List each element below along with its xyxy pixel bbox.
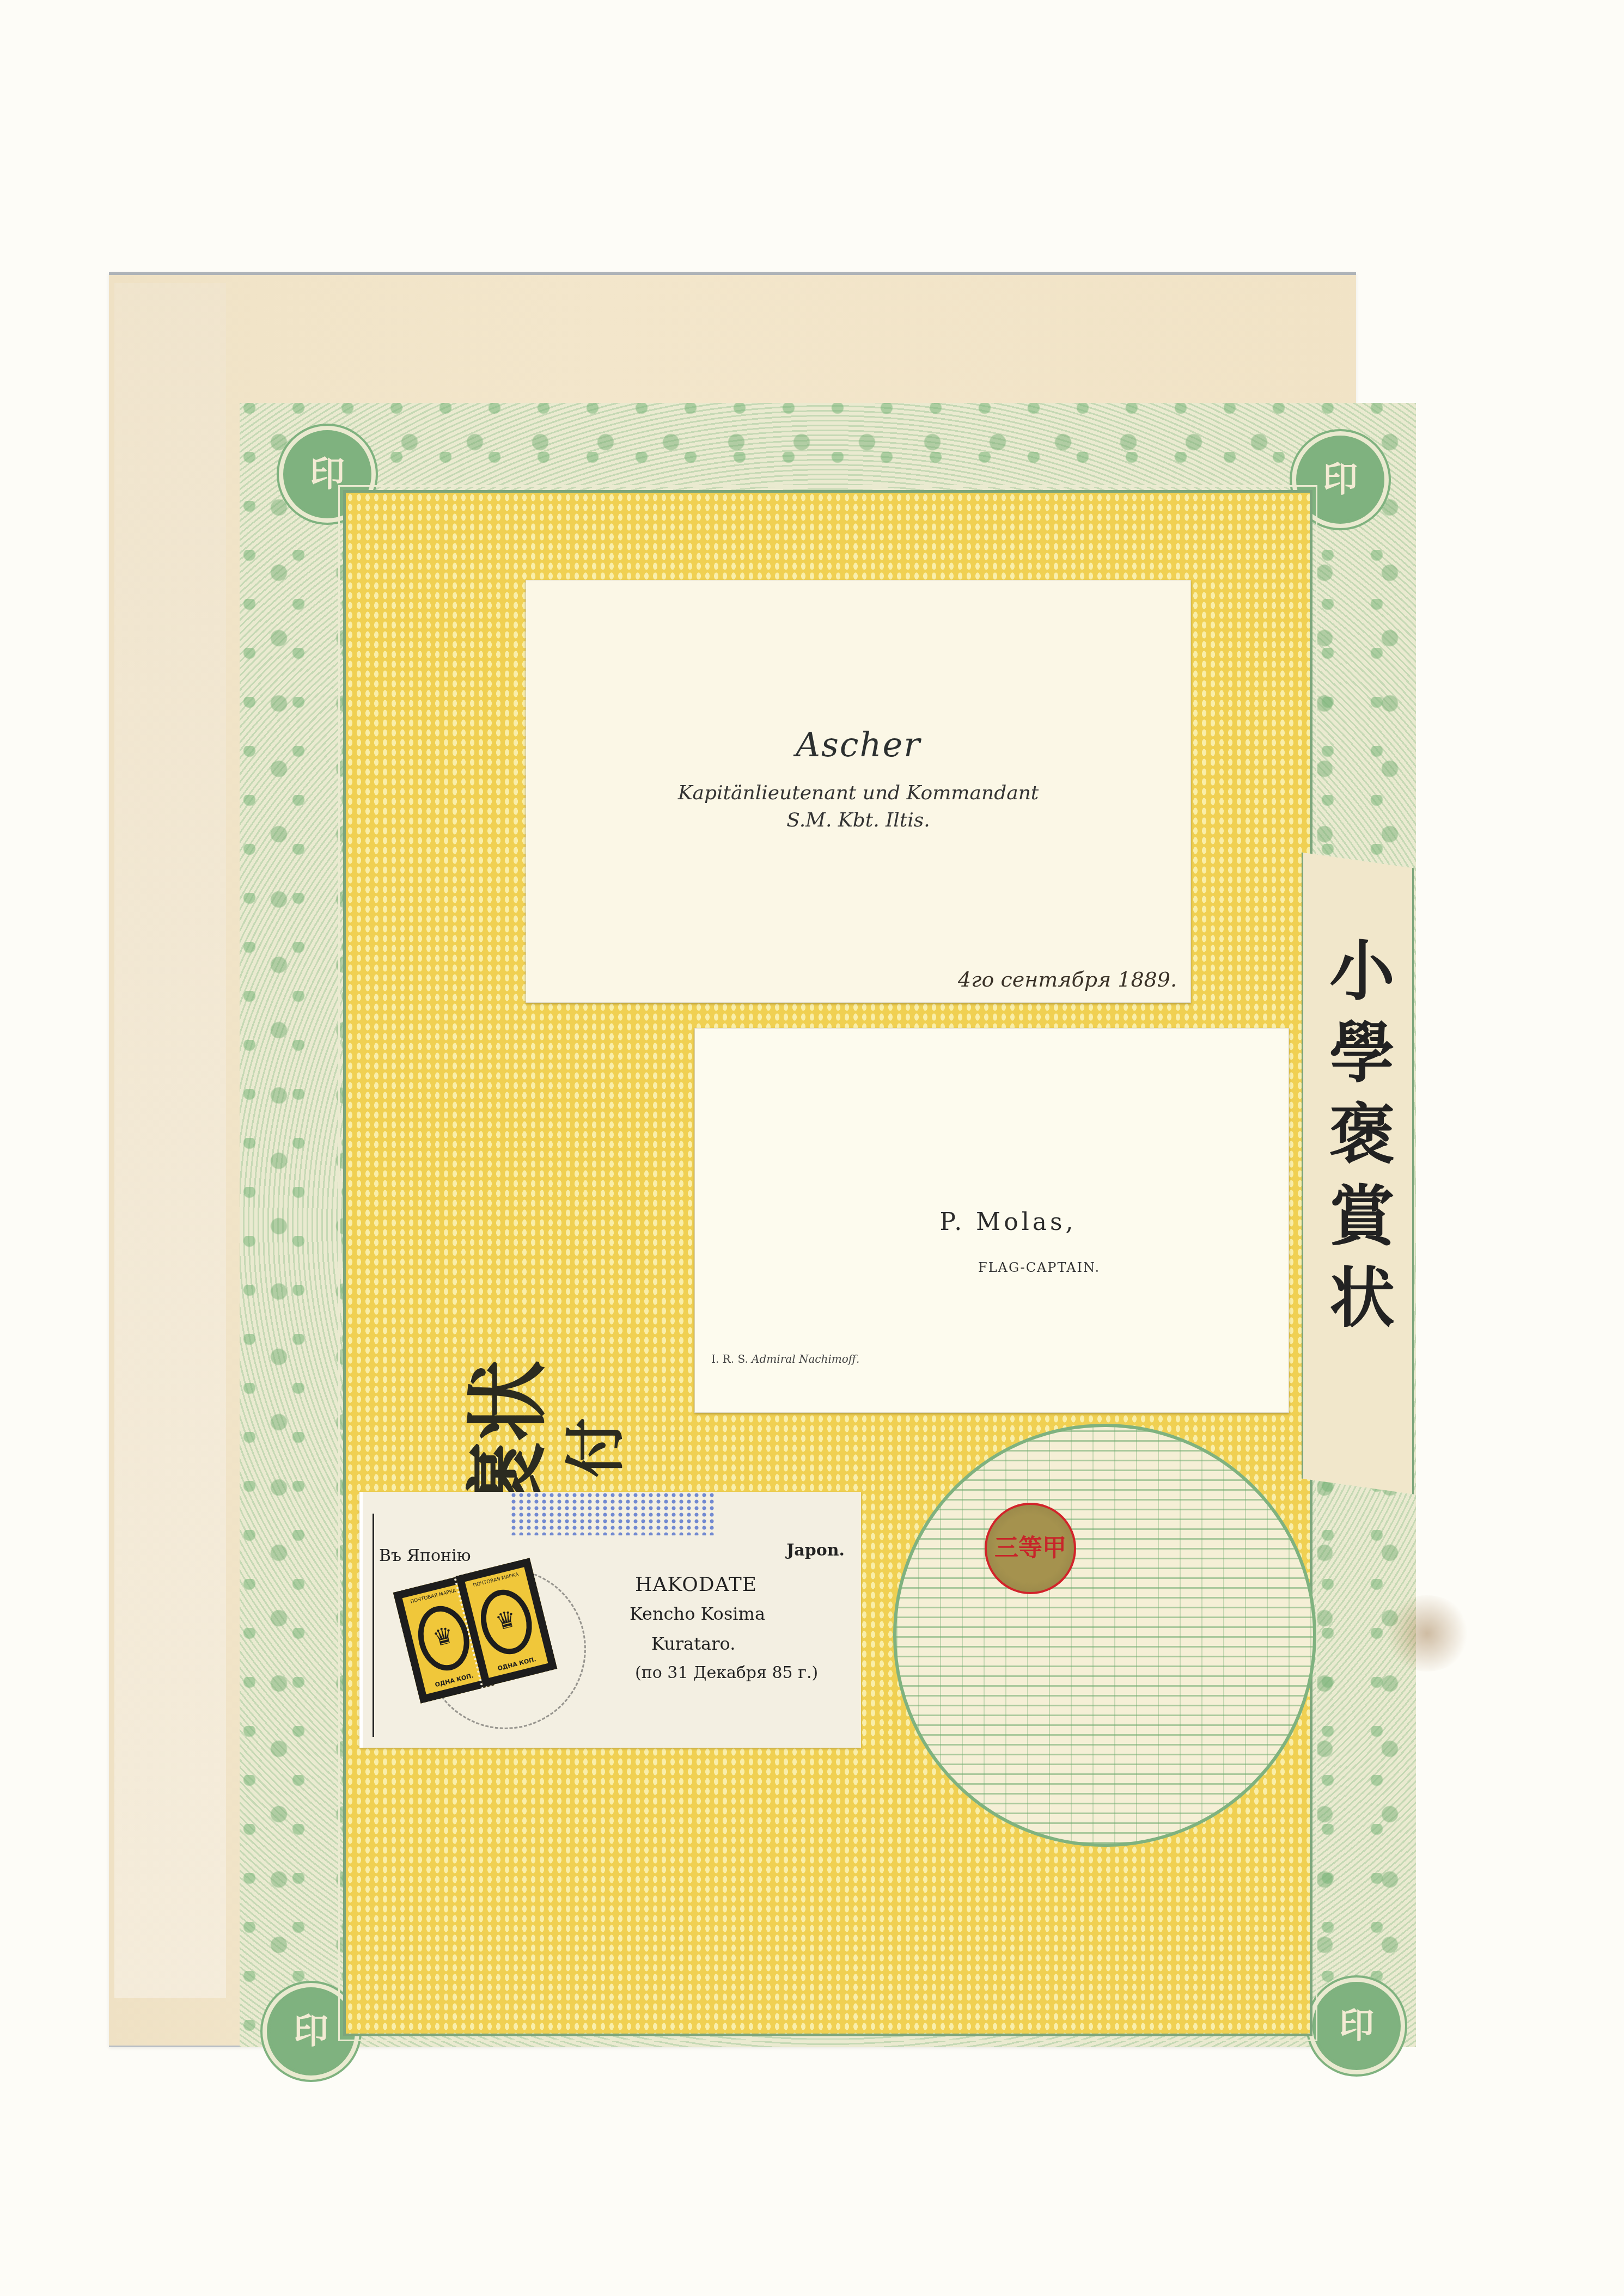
illustrated-medallion — [893, 1424, 1316, 1847]
paper-stain — [1383, 1595, 1470, 1672]
stamp-value: ОДНА КОП. — [486, 1653, 547, 1675]
wrapper-rule — [373, 1514, 374, 1737]
visiting-card-ascher: Ascher Kapitänlieutenant und Kommandant … — [526, 580, 1191, 1003]
ship-name: Admiral Nachimoff. — [752, 1352, 859, 1366]
left-paper-strip — [114, 283, 226, 1998]
destination-russian: Въ Японію — [379, 1546, 471, 1565]
card-rank: Kapitänlieutenant und Kommandant — [526, 782, 1190, 804]
card-ship: S.M. Kbt. Iltis. — [526, 809, 1190, 831]
corner-emblem-bottom-right: 印 — [1312, 1982, 1401, 2070]
card-name: Ascher — [526, 725, 1190, 764]
addressee-line-1: Kencho Kosima — [630, 1603, 765, 1624]
blue-ink-mark — [510, 1492, 717, 1535]
stamp-value: ОДНА КОП. — [424, 1669, 485, 1691]
visiting-card-molas: P. Molas, FLAG-CAPTAIN. I. R. S. Admiral… — [694, 1028, 1289, 1413]
stamp-country: ПОЧТОВАЯ МАРКА — [403, 1587, 463, 1607]
handwritten-date: 4го сентября 1889. — [958, 968, 1177, 991]
validity-note: (по 31 Декабря 85 г.) — [635, 1663, 818, 1682]
calligraphy-secondary: 付 — [548, 1418, 634, 1478]
banner-title: 小學褒賞状 — [1315, 936, 1397, 1345]
card-name: P. Molas, — [695, 1208, 1289, 1236]
destination-city: HAKODATE — [635, 1573, 757, 1596]
card-ship: I. R. S. Admiral Nachimoff. — [711, 1352, 859, 1366]
card-title: FLAG-CAPTAIN. — [978, 1260, 1100, 1275]
corner-emblem-bottom-left: 印 — [267, 1987, 355, 2075]
addressee-line-2: Kurataro. — [651, 1633, 735, 1654]
red-seal: 三等甲 — [985, 1503, 1076, 1594]
destination-french: Japon. — [786, 1541, 845, 1560]
ship-prefix: I. R. S. — [711, 1352, 748, 1366]
stamp-country: ПОЧТОВАЯ МАРКА — [466, 1570, 526, 1590]
